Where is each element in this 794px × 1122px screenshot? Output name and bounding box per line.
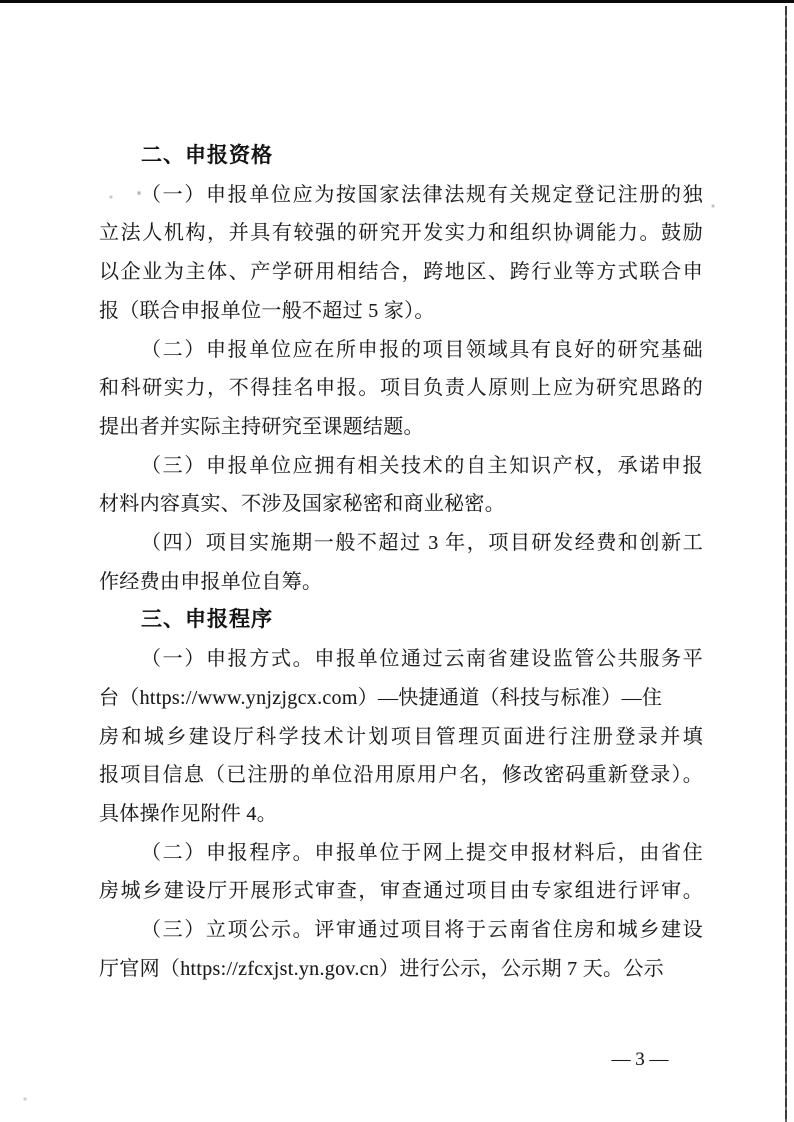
text-line: 以企业为主体、产学研用相结合，跨地区、跨行业等方式联合申 — [99, 253, 703, 292]
text-line: 具体操作见附件 4。 — [99, 795, 703, 834]
text-line: 房城乡建设厅开展形式审查，审查通过项目由专家组进行评审。 — [99, 872, 703, 911]
text-line: （三）申报单位应拥有相关技术的自主知识产权，承诺申报 — [99, 447, 703, 486]
text-line: 材料内容真实、不涉及国家秘密和商业秘密。 — [99, 485, 703, 524]
page-number: — 3 — — [598, 1048, 682, 1072]
text-line: （一）申报方式。申报单位通过云南省建设监管公共服务平 — [99, 640, 703, 679]
document-page: 二、申报资格 （一）申报单位应为按国家法律法规有关规定登记注册的独 立法人机构，… — [0, 0, 794, 1122]
text-line: （一）申报单位应为按国家法律法规有关规定登记注册的独 — [99, 176, 703, 215]
text-line: 房和城乡建设厅科学技术计划项目管理页面进行注册登录并填 — [99, 718, 703, 757]
document-body: 二、申报资格 （一）申报单位应为按国家法律法规有关规定登记注册的独 立法人机构，… — [99, 137, 703, 988]
text-line: 立法人机构，并具有较强的研究开发实力和组织协调能力。鼓励 — [99, 214, 703, 253]
text-line-with-url: 厅官网（https://zfcxjst.yn.gov.cn）进行公示，公示期 7… — [99, 950, 703, 989]
text-line: （二）申报程序。申报单位于网上提交申报材料后，由省住 — [99, 834, 703, 873]
section-heading-3: 三、申报程序 — [99, 601, 703, 640]
text-line-with-url: 台（https://www.ynjzjgcx.com）—快捷通道（科技与标准）—… — [99, 679, 703, 718]
text-line: 提出者并实际主持研究至课题结题。 — [99, 408, 703, 447]
scan-artifact-top-edge — [0, 0, 794, 3]
text-line: 报（联合申报单位一般不超过 5 家）。 — [99, 292, 703, 331]
section-heading-2: 二、申报资格 — [99, 137, 703, 176]
scan-artifact-right-edge — [785, 6, 787, 1122]
text-line: 作经费由申报单位自筹。 — [99, 563, 703, 602]
text-line: （四）项目实施期一般不超过 3 年，项目研发经费和创新工 — [99, 524, 703, 563]
text-line: 报项目信息（已注册的单位沿用原用户名，修改密码重新登录）。 — [99, 756, 703, 795]
scan-noise-specks — [0, 0, 2, 2]
text-line: （二）申报单位应在所申报的项目领域具有良好的研究基础 — [99, 331, 703, 370]
text-line: （三）立项公示。评审通过项目将于云南省住房和城乡建设 — [99, 911, 703, 950]
text-line: 和科研实力，不得挂名申报。项目负责人原则上应为研究思路的 — [99, 369, 703, 408]
